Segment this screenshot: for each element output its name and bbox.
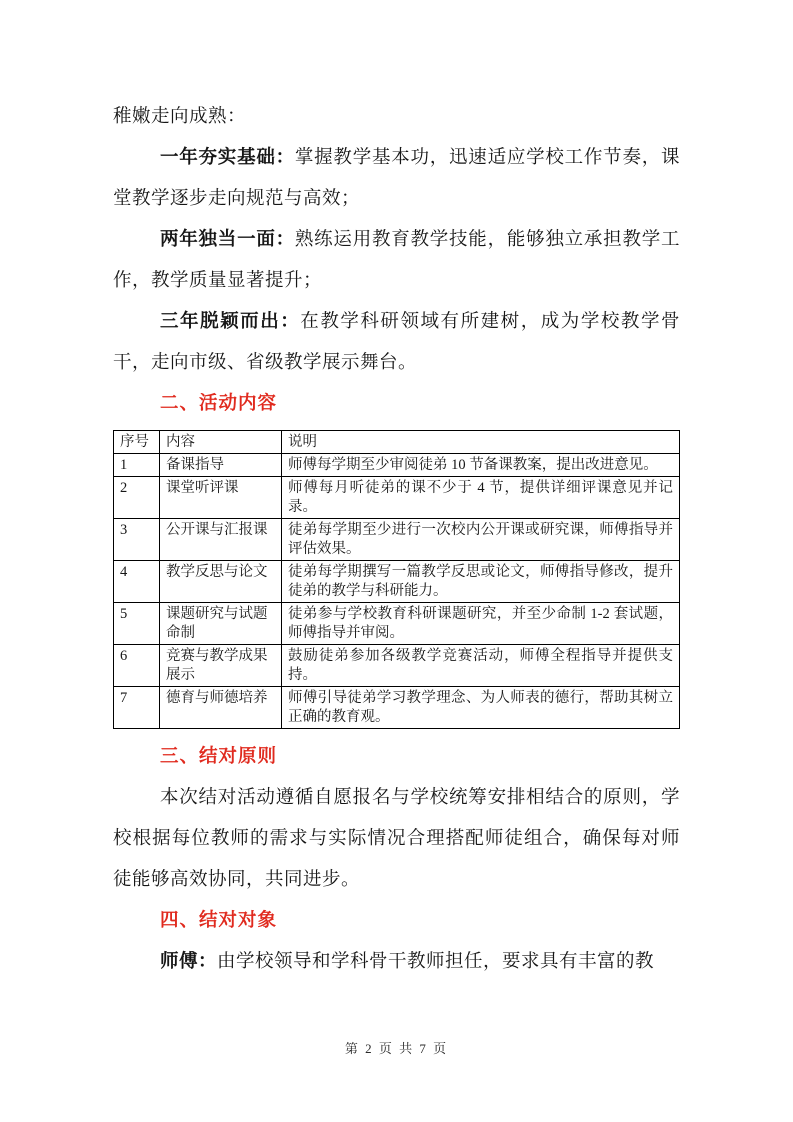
cell-seq: 2 <box>114 477 160 519</box>
document-page: 稚嫩走向成熟： 一年夯实基础：掌握教学基本功，迅速适应学校工作节奏，课堂教学逐步… <box>0 0 793 1122</box>
paragraph-principles: 本次结对活动遵循自愿报名与学校统筹安排相结合的原则，学校根据每位教师的需求与实际… <box>113 778 680 901</box>
paragraph-text: 由学校领导和学科骨干教师担任，要求具有丰富的教 <box>217 952 654 972</box>
paragraph-year-two: 两年独当一面：熟练运用教育教学技能，能够独立承担教学工作，教学质量显著提升； <box>113 220 680 302</box>
cell-content: 公开课与汇报课 <box>160 519 282 561</box>
cell-content: 课题研究与试题命制 <box>160 603 282 645</box>
cell-content: 备课指导 <box>160 454 282 477</box>
cell-content: 德育与师德培养 <box>160 687 282 729</box>
cell-description: 师傅引导徒弟学习教学理念、为人师表的德行，帮助其树立正确的教育观。 <box>282 687 680 729</box>
page-content: 稚嫩走向成熟： 一年夯实基础：掌握教学基本功，迅速适应学校工作节奏，课堂教学逐步… <box>113 97 680 983</box>
table-row: 1 备课指导 师傅每学期至少审阅徒弟 10 节备课教案，提出改进意见。 <box>114 454 680 477</box>
paragraph-lead: 三年脱颖而出： <box>160 312 300 332</box>
column-header-seq: 序号 <box>114 431 160 454</box>
cell-content: 教学反思与论文 <box>160 561 282 603</box>
table-row: 7 德育与师德培养 师傅引导徒弟学习教学理念、为人师表的德行，帮助其树立正确的教… <box>114 687 680 729</box>
table-row: 4 教学反思与论文 徒弟每学期撰写一篇教学反思或论文，师傅指导修改，提升徒弟的教… <box>114 561 680 603</box>
table-row: 6 竞赛与教学成果展示 鼓励徒弟参加各级教学竞赛活动，师傅全程指导并提供支持。 <box>114 645 680 687</box>
section-heading-activities: 二、活动内容 <box>113 384 680 425</box>
activity-table: 序号 内容 说明 1 备课指导 师傅每学期至少审阅徒弟 10 节备课教案，提出改… <box>113 430 680 729</box>
paragraph-year-three: 三年脱颖而出：在教学科研领域有所建树，成为学校教学骨干，走向市级、省级教学展示舞… <box>113 302 680 384</box>
cell-seq: 6 <box>114 645 160 687</box>
paragraph-year-one: 一年夯实基础：掌握教学基本功，迅速适应学校工作节奏，课堂教学逐步走向规范与高效； <box>113 138 680 220</box>
cell-description: 徒弟每学期撰写一篇教学反思或论文，师傅指导修改，提升徒弟的教学与科研能力。 <box>282 561 680 603</box>
page-number: 第 2 页 共 7 页 <box>0 1038 793 1057</box>
table-row: 2 课堂听评课 师傅每月听徒弟的课不少于 4 节，提供详细评课意见并记录。 <box>114 477 680 519</box>
cell-seq: 7 <box>114 687 160 729</box>
section-heading-principles: 三、结对原则 <box>113 737 680 778</box>
paragraph-mentor: 师傅：由学校领导和学科骨干教师担任，要求具有丰富的教 <box>113 942 680 983</box>
cell-description: 徒弟参与学校教育科研课题研究，并至少命制 1-2 套试题，师傅指导并审阅。 <box>282 603 680 645</box>
cell-content: 竞赛与教学成果展示 <box>160 645 282 687</box>
paragraph-lead: 一年夯实基础： <box>160 148 295 168</box>
cell-seq: 4 <box>114 561 160 603</box>
cell-description: 师傅每月听徒弟的课不少于 4 节，提供详细评课意见并记录。 <box>282 477 680 519</box>
table-row: 3 公开课与汇报课 徒弟每学期至少进行一次校内公开课或研究课，师傅指导并评估效果… <box>114 519 680 561</box>
cell-seq: 3 <box>114 519 160 561</box>
paragraph-lead: 师傅： <box>160 952 217 972</box>
column-header-content: 内容 <box>160 431 282 454</box>
cell-description: 师傅每学期至少审阅徒弟 10 节备课教案，提出改进意见。 <box>282 454 680 477</box>
cell-description: 徒弟每学期至少进行一次校内公开课或研究课，师傅指导并评估效果。 <box>282 519 680 561</box>
cell-description: 鼓励徒弟参加各级教学竞赛活动，师傅全程指导并提供支持。 <box>282 645 680 687</box>
cell-seq: 1 <box>114 454 160 477</box>
paragraph-continuation: 稚嫩走向成熟： <box>113 97 680 138</box>
cell-seq: 5 <box>114 603 160 645</box>
paragraph-text: 稚嫩走向成熟： <box>113 107 246 127</box>
paragraph-lead: 两年独当一面： <box>160 230 295 250</box>
table-row: 5 课题研究与试题命制 徒弟参与学校教育科研课题研究，并至少命制 1-2 套试题… <box>114 603 680 645</box>
cell-content: 课堂听评课 <box>160 477 282 519</box>
section-heading-targets: 四、结对对象 <box>113 901 680 942</box>
table-header-row: 序号 内容 说明 <box>114 431 680 454</box>
column-header-description: 说明 <box>282 431 680 454</box>
